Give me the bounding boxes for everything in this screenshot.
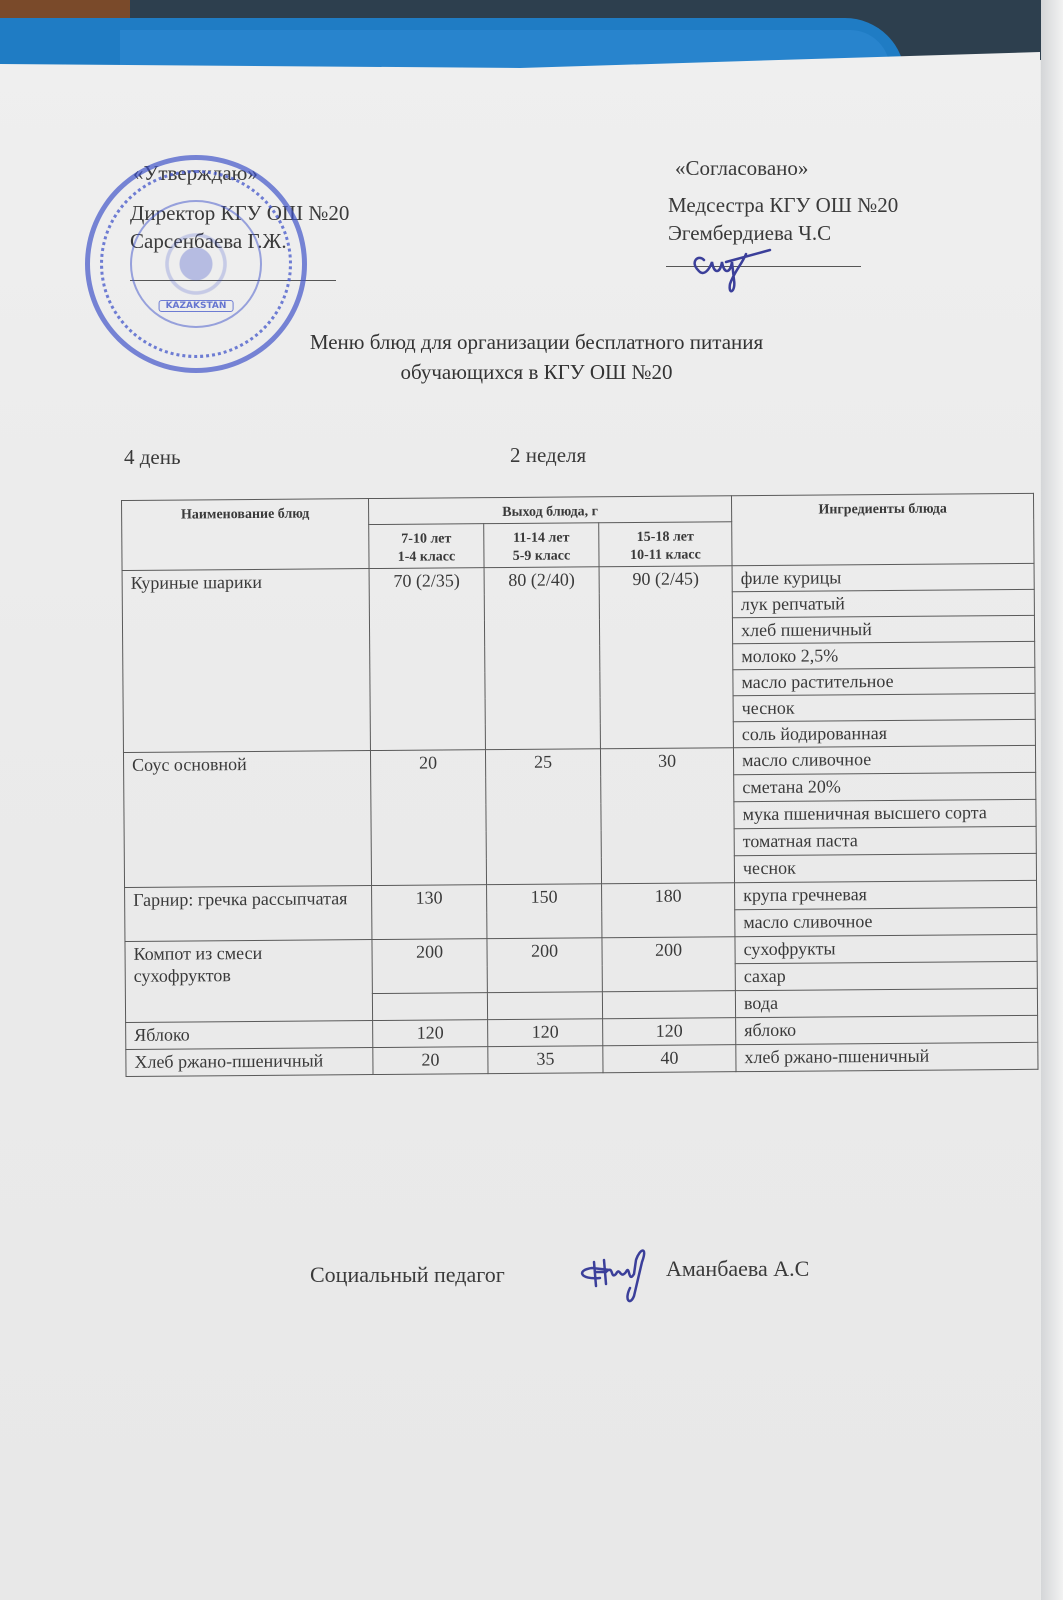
- nurse-signature-icon: [690, 240, 790, 295]
- dish-name: Компот из смеси сухофруктов: [125, 940, 373, 1023]
- ingredient-cell: масло растительное: [733, 667, 1035, 695]
- dish-name: Яблоко: [126, 1021, 373, 1050]
- dish-output-value: 70 (2/35): [369, 568, 485, 751]
- header-output: Выход блюда, г: [368, 496, 731, 525]
- header-dish: Наименование блюд: [122, 499, 370, 571]
- document-title-line1: Меню блюд для организации бесплатного пи…: [0, 328, 1063, 356]
- ingredient-cell: томатная паста: [734, 826, 1036, 855]
- empty-cell: [602, 991, 735, 1019]
- ingredient-cell: соль йодированная: [733, 719, 1035, 747]
- empty-cell: [372, 993, 487, 1021]
- dish-name: Хлеб ржано-пшеничный: [126, 1048, 373, 1077]
- dish-output-value: 150: [487, 884, 602, 939]
- footer-name: Аманбаева А.С: [666, 1256, 809, 1282]
- ingredient-cell: вода: [735, 988, 1037, 1017]
- dish-name: Куриные шарики: [122, 569, 370, 753]
- ingredient-cell: чеснок: [734, 853, 1036, 882]
- dish-output-value: 30: [600, 748, 734, 884]
- agreed-position: Медсестра КГУ ОШ №20: [668, 192, 898, 218]
- header-group-2: 11-14 лет5-9 класс: [484, 523, 599, 568]
- ingredient-cell: масло сливочное: [735, 907, 1037, 936]
- ingredient-cell: мука пшеничная высшего сорта: [734, 799, 1036, 828]
- ingredient-cell: хлеб ржано-пшеничный: [736, 1042, 1038, 1071]
- stamp-label: KAZAKSTAN: [159, 300, 234, 312]
- header-ingredients: Ингредиенты блюда: [732, 493, 1035, 565]
- ingredient-cell: филе курицы: [732, 563, 1034, 591]
- header-group-1: 7-10 лет1-4 класс: [369, 524, 484, 569]
- dish-output-value: 180: [602, 883, 735, 938]
- dish-output-value: 25: [485, 749, 601, 885]
- dish-output-value: 35: [488, 1046, 603, 1074]
- ingredient-cell: сметана 20%: [734, 772, 1036, 801]
- dish-output-value: 120: [603, 1018, 736, 1046]
- ingredient-cell: яблоко: [736, 1015, 1038, 1044]
- dish-output-value: 130: [372, 885, 487, 940]
- menu-table: Наименование блюд Выход блюда, г Ингреди…: [121, 493, 1039, 1077]
- ingredient-cell: лук репчатый: [732, 589, 1034, 617]
- empty-cell: [487, 992, 602, 1020]
- ingredient-cell: сахар: [735, 961, 1037, 990]
- document-title-line2: обучающихся в КГУ ОШ №20: [0, 358, 1063, 386]
- social-pedagogue-signature-icon: [570, 1240, 670, 1310]
- ingredient-cell: крупа гречневая: [735, 880, 1037, 909]
- dish-output-value: 40: [603, 1045, 736, 1073]
- dish-output-value: 90 (2/45): [599, 566, 733, 749]
- dish-output-value: 20: [373, 1047, 488, 1075]
- day-label: 4 день: [124, 444, 181, 470]
- dish-output-value: 200: [487, 938, 602, 993]
- ingredient-cell: молоко 2,5%: [733, 641, 1035, 669]
- dish-output-value: 120: [488, 1019, 603, 1047]
- menu-table-body: Куриные шарики70 (2/35)80 (2/40)90 (2/45…: [122, 563, 1038, 1076]
- ingredient-cell: масло сливочное: [733, 745, 1035, 774]
- dish-name: Гарнир: гречка рассыпчатая: [125, 886, 372, 942]
- dish-output-value: 200: [372, 939, 487, 994]
- week-label: 2 неделя: [510, 442, 586, 468]
- footer-position: Социальный педагог: [310, 1262, 505, 1288]
- dish-name: Соус основной: [123, 751, 371, 888]
- dish-output-value: 20: [370, 750, 486, 886]
- agreed-heading: «Согласовано»: [675, 155, 808, 181]
- dish-output-value: 120: [373, 1020, 488, 1048]
- plastic-sleeve-edge: [1041, 0, 1063, 1600]
- ingredient-cell: чеснок: [733, 693, 1035, 721]
- dish-output-value: 200: [602, 937, 735, 992]
- ingredient-cell: сухофрукты: [735, 934, 1037, 963]
- ingredient-cell: хлеб пшеничный: [732, 615, 1034, 643]
- header-group-3: 15-18 лет10-11 класс: [599, 522, 732, 567]
- dish-output-value: 80 (2/40): [484, 567, 600, 750]
